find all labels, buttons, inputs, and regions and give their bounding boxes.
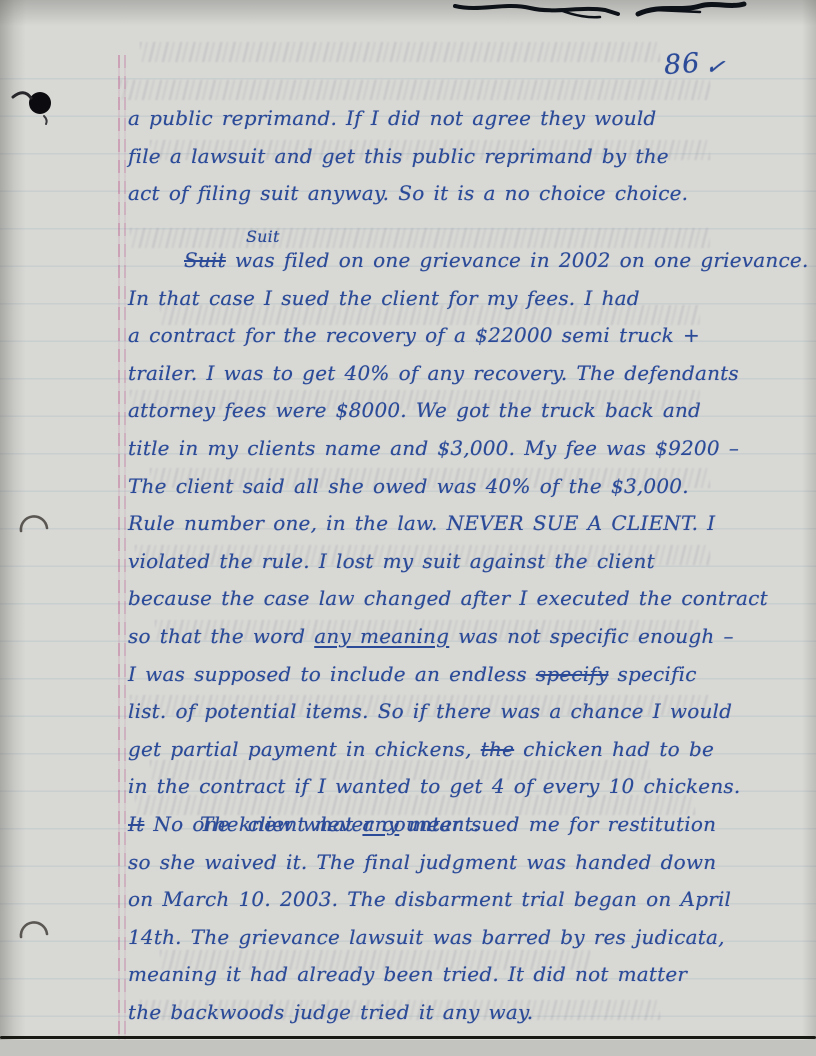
handwriting-text: 14th. The grievance lawsuit was barred b… bbox=[128, 925, 725, 949]
handwriting-line: because the case law changed after I exe… bbox=[128, 580, 748, 618]
handwriting-text: the backwoods judge tried it any way. bbox=[128, 1000, 533, 1024]
margin-line bbox=[118, 55, 120, 1040]
scan-edge-shadow bbox=[802, 0, 816, 1056]
handwriting-line: so she waived it. The final judgment was… bbox=[128, 844, 748, 882]
handwriting-text: a contract for the recovery of a $22000 … bbox=[128, 323, 700, 347]
handwriting-line: list. of potential items. So if there wa… bbox=[128, 693, 748, 731]
handwriting-text: attorney fees were $8000. We got the tru… bbox=[128, 398, 701, 422]
handwriting-line: attorney fees were $8000. We got the tru… bbox=[128, 392, 748, 430]
page-number: 86✓ bbox=[663, 46, 728, 81]
handwriting-strike: SuitSuit bbox=[184, 248, 226, 272]
handwriting-text: violated the rule. I lost my suit agains… bbox=[128, 549, 655, 573]
scanner-background bbox=[0, 1040, 816, 1056]
paragraph-lawsuit-story: SuitSuit was filed on one grievance in 2… bbox=[128, 242, 748, 844]
handwriting-text: In that case I sued the client for my fe… bbox=[128, 286, 640, 310]
paragraph-judgment: The client never counter sued me for res… bbox=[128, 806, 748, 1032]
handwriting-line: In that case I sued the client for my fe… bbox=[128, 280, 748, 318]
handwriting-line: SuitSuit was filed on one grievance in 2… bbox=[128, 242, 748, 280]
paragraph-reprimand: a public reprimand. If I did not agree t… bbox=[128, 100, 748, 213]
handwriting-line: on March 10. 2003. The disbarment trial … bbox=[128, 881, 748, 919]
handwriting-strike: specify bbox=[536, 662, 609, 686]
handwriting-text: was not specific enough – bbox=[449, 624, 734, 648]
handwriting-line: title in my clients name and $3,000. My … bbox=[128, 430, 748, 468]
handwriting-text: get partial payment in chickens, bbox=[128, 737, 481, 761]
handwriting-text: Rule number one, in the law. NEVER SUE A… bbox=[128, 511, 715, 535]
handwriting-line: so that the word any meaning was not spe… bbox=[128, 618, 748, 656]
handwriting-underline: any meaning bbox=[314, 624, 449, 648]
handwriting-line: violated the rule. I lost my suit agains… bbox=[128, 543, 748, 581]
handwriting-line: Rule number one, in the law. NEVER SUE A… bbox=[128, 505, 748, 543]
handwriting-text: on March 10. 2003. The disbarment trial … bbox=[128, 887, 731, 911]
handwriting-line: trailer. I was to get 40% of any recover… bbox=[128, 355, 748, 393]
handwriting-line: The client never counter sued me for res… bbox=[128, 806, 748, 844]
handwriting-line: a contract for the recovery of a $22000 … bbox=[128, 317, 748, 355]
margin-line bbox=[124, 55, 126, 1040]
bleed-through-smudge bbox=[140, 42, 660, 62]
handwriting-text: specific bbox=[608, 662, 696, 686]
checkmark-stroke: ✓ bbox=[704, 53, 728, 82]
handwriting-text: trailer. I was to get 40% of any recover… bbox=[128, 361, 739, 385]
handwriting-text: list. of potential items. So if there wa… bbox=[128, 699, 732, 723]
handwriting-text: I was supposed to include an endless bbox=[128, 662, 536, 686]
hole-punch-mark bbox=[29, 92, 51, 114]
handwriting-line: The client said all she owed was 40% of … bbox=[128, 468, 748, 506]
handwriting-text: title in my clients name and $3,000. My … bbox=[128, 436, 739, 460]
handwriting-text: was filed on one grievance in 2002 on on… bbox=[226, 248, 809, 272]
handwriting-text: so that the word bbox=[128, 624, 314, 648]
handwriting-text: meaning it had already been tried. It di… bbox=[128, 962, 687, 986]
paper-bottom-edge bbox=[0, 1036, 816, 1039]
handwriting-line: act of filing suit anyway. So it is a no… bbox=[128, 175, 748, 213]
handwriting-line: get partial payment in chickens, the chi… bbox=[128, 731, 748, 769]
page-number-value: 86 bbox=[663, 48, 701, 81]
handwriting-line: file a lawsuit and get this public repri… bbox=[128, 138, 748, 176]
scanned-notebook-page: 86✓ a public reprimand. If I did not agr… bbox=[0, 0, 816, 1056]
handwriting-text: in the contract if I wanted to get 4 of … bbox=[128, 774, 740, 798]
handwriting-strike: the bbox=[481, 737, 514, 761]
scan-edge-shadow bbox=[0, 0, 26, 1056]
handwriting-text: act of filing suit anyway. So it is a no… bbox=[128, 181, 688, 205]
scan-edge-shadow bbox=[0, 0, 816, 26]
handwriting-text: a public reprimand. If I did not agree t… bbox=[128, 106, 656, 130]
handwriting-line: the backwoods judge tried it any way. bbox=[128, 994, 748, 1032]
handwriting-text: The client said all she owed was 40% of … bbox=[128, 474, 689, 498]
hole-punch-tail bbox=[44, 116, 47, 124]
handwriting-line: 14th. The grievance lawsuit was barred b… bbox=[128, 919, 748, 957]
handwriting-line: in the contract if I wanted to get 4 of … bbox=[128, 768, 748, 806]
handwriting-text: chicken had to be bbox=[514, 737, 714, 761]
bleed-through-smudge bbox=[120, 80, 710, 100]
handwriting-line: I was supposed to include an endless spe… bbox=[128, 656, 748, 694]
handwriting-text: file a lawsuit and get this public repri… bbox=[128, 144, 669, 168]
handwriting-text: because the case law changed after I exe… bbox=[128, 586, 768, 610]
handwriting-text: The client never counter sued me for res… bbox=[200, 812, 716, 836]
handwriting-line: meaning it had already been tried. It di… bbox=[128, 956, 748, 994]
handwriting-line: a public reprimand. If I did not agree t… bbox=[128, 100, 748, 138]
handwriting-text: so she waived it. The final judgment was… bbox=[128, 850, 716, 874]
inserted-word: Suit bbox=[190, 229, 280, 245]
